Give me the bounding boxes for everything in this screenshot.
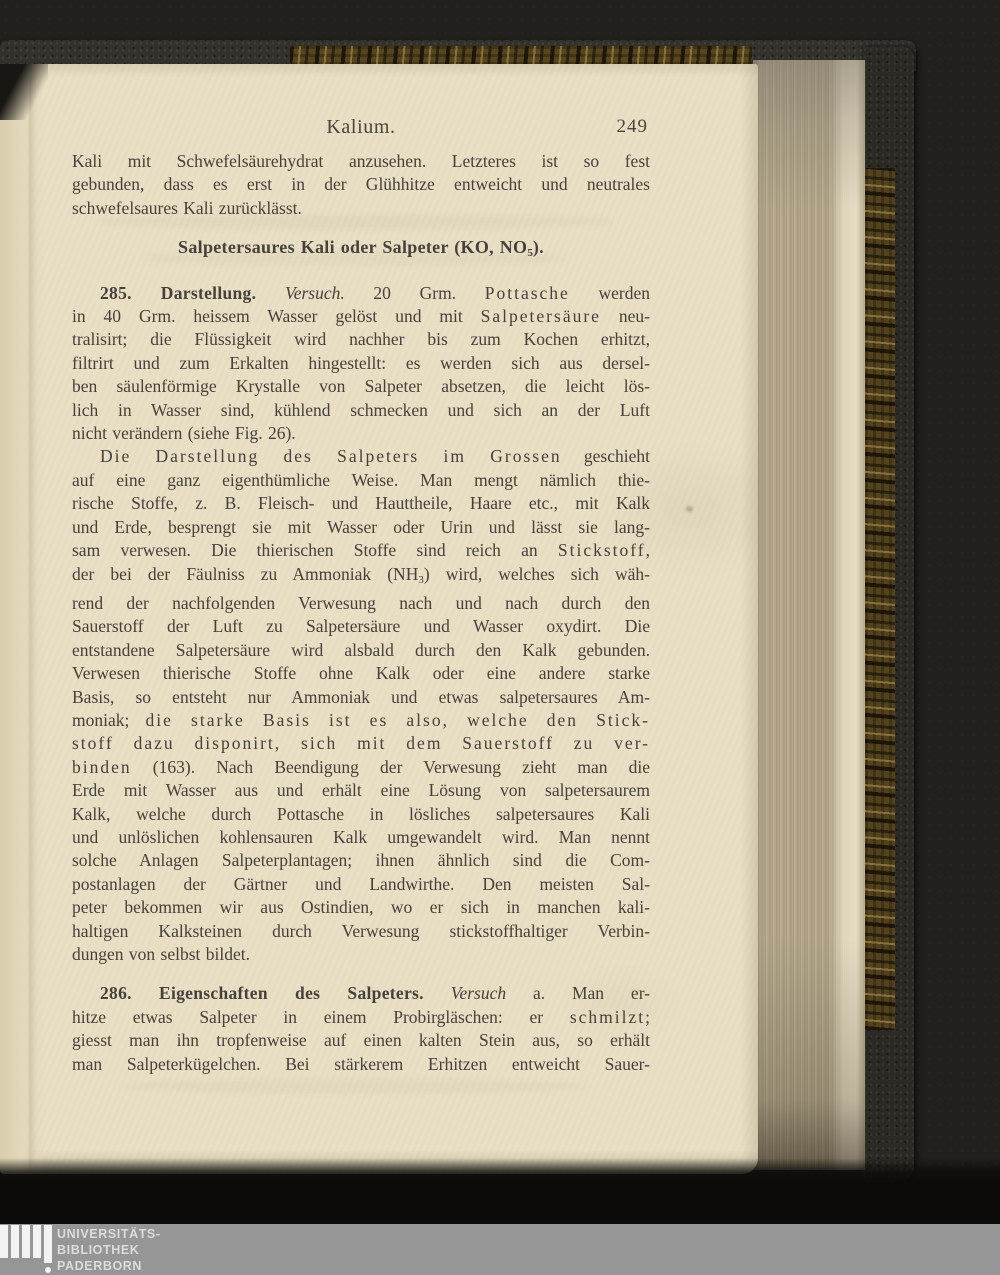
text-line: giesst man ihn tropfenweise auf einen ka… (72, 1029, 650, 1052)
library-name: UNIVERSITÄTS- BIBLIOTHEK PADERBORN (57, 1226, 161, 1274)
text-line: rische Stoffe, z. B. Fleisch- und Hautth… (72, 492, 650, 515)
text-line: in 40 Grm. heissem Wasser gelöst und mit… (72, 305, 650, 328)
text-line: schwefelsaures Kali zurücklässt. (72, 197, 650, 220)
text-line: entstandene Salpetersäure wird alsbald d… (72, 639, 650, 662)
text-line: Kali mit Schwefelsäurehydrat anzusehen. … (72, 150, 650, 173)
section-heading: Salpetersaures Kali oder Salpeter (KO, N… (72, 236, 650, 265)
book-scan: Kalium. 249 Kali mit Schwefelsäurehydrat… (0, 0, 1000, 1275)
text-line: 286. Eigenschaften des Salpeters. Versuc… (72, 982, 650, 1005)
marbled-right-edge (865, 168, 895, 1030)
text-line: Kalk, welche durch Pottasche in lösliche… (72, 803, 650, 826)
text-line: filtrirt und zum Erkalten hingestellt: e… (72, 352, 650, 375)
text-body: Kali mit Schwefelsäurehydrat anzusehen. … (72, 150, 650, 1076)
text-line: und unlöslichen kohlensauren Kalk umgewa… (72, 826, 650, 849)
library-name-line2: BIBLIOTHEK (57, 1242, 161, 1258)
footer-band: UNIVERSITÄTS- BIBLIOTHEK PADERBORN (0, 1224, 1000, 1275)
page-text-block: Kalium. 249 Kali mit Schwefelsäurehydrat… (72, 112, 650, 1076)
text-line: 285. Darstellung. Versuch. 20 Grm. Potta… (72, 282, 650, 305)
text-line: dungen von selbst bildet. (72, 943, 650, 966)
text-line: Die Darstellung des Salpeters im Grossen… (72, 445, 650, 468)
text-line: postanlagen der Gärtner und Landwirthe. … (72, 873, 650, 896)
text-line: Verwesen thierische Stoffe ohne Kalk ode… (72, 662, 650, 685)
text-line: hitze etwas Salpeter in einem Probirgläs… (72, 1006, 650, 1029)
text-line: und Erde, besprengt sie mit Wasser oder … (72, 516, 650, 539)
page-block-fore-edge (753, 60, 865, 1170)
text-line: der bei der Fäulniss zu Ammoniak (NH3) w… (72, 563, 650, 592)
page-corner-shadow (0, 64, 48, 120)
library-name-line1: UNIVERSITÄTS- (57, 1226, 161, 1242)
text-line: peter bekommen wir aus Ostindien, wo er … (72, 896, 650, 919)
text-line: nicht verändern (siehe Fig. 26). (72, 422, 650, 445)
running-head: Kalium. 249 (72, 112, 650, 142)
text-line: ben säulenförmige Krystalle von Salpeter… (72, 375, 650, 398)
page-title: Kalium. (72, 112, 650, 142)
text-line: Basis, so entsteht nur Ammoniak und etwa… (72, 686, 650, 709)
ub-paderborn-logo-icon (0, 1225, 56, 1275)
text-line: man Salpeterkügelchen. Bei stärkerem Erh… (72, 1053, 650, 1076)
text-line: Sauerstoff der Luft zu Salpetersäure und… (72, 615, 650, 638)
text-line: stoff dazu disponirt, sich mit dem Sauer… (72, 732, 650, 755)
text-line: Erde mit Wasser aus und erhält eine Lösu… (72, 779, 650, 802)
marbled-top-edge (290, 46, 752, 65)
text-line: auf eine ganz eigenthümliche Weise. Man … (72, 469, 650, 492)
book-bottom-shadow (0, 1158, 1000, 1224)
text-line: moniak; die starke Basis ist es also, we… (72, 709, 650, 732)
text-line: lich in Wasser sind, kühlend schmecken u… (72, 399, 650, 422)
text-line: binden (163). Nach Beendigung der Verwes… (72, 756, 650, 779)
text-line: rend der nachfolgenden Verwesung nach un… (72, 592, 650, 615)
text-line: sam verwesen. Die thierischen Stoffe sin… (72, 539, 650, 562)
page-number: 249 (617, 112, 649, 142)
text-line: haltigen Kalksteinen durch Verwesung sti… (72, 920, 650, 943)
text-line: gebunden, dass es erst in der Glühhitze … (72, 173, 650, 196)
text-line: tralisirt; die Flüssigkeit wird nachher … (72, 328, 650, 351)
text-line: solche Anlagen Salpeterplantagen; ihnen … (72, 849, 650, 872)
library-name-line3: PADERBORN (57, 1258, 161, 1274)
